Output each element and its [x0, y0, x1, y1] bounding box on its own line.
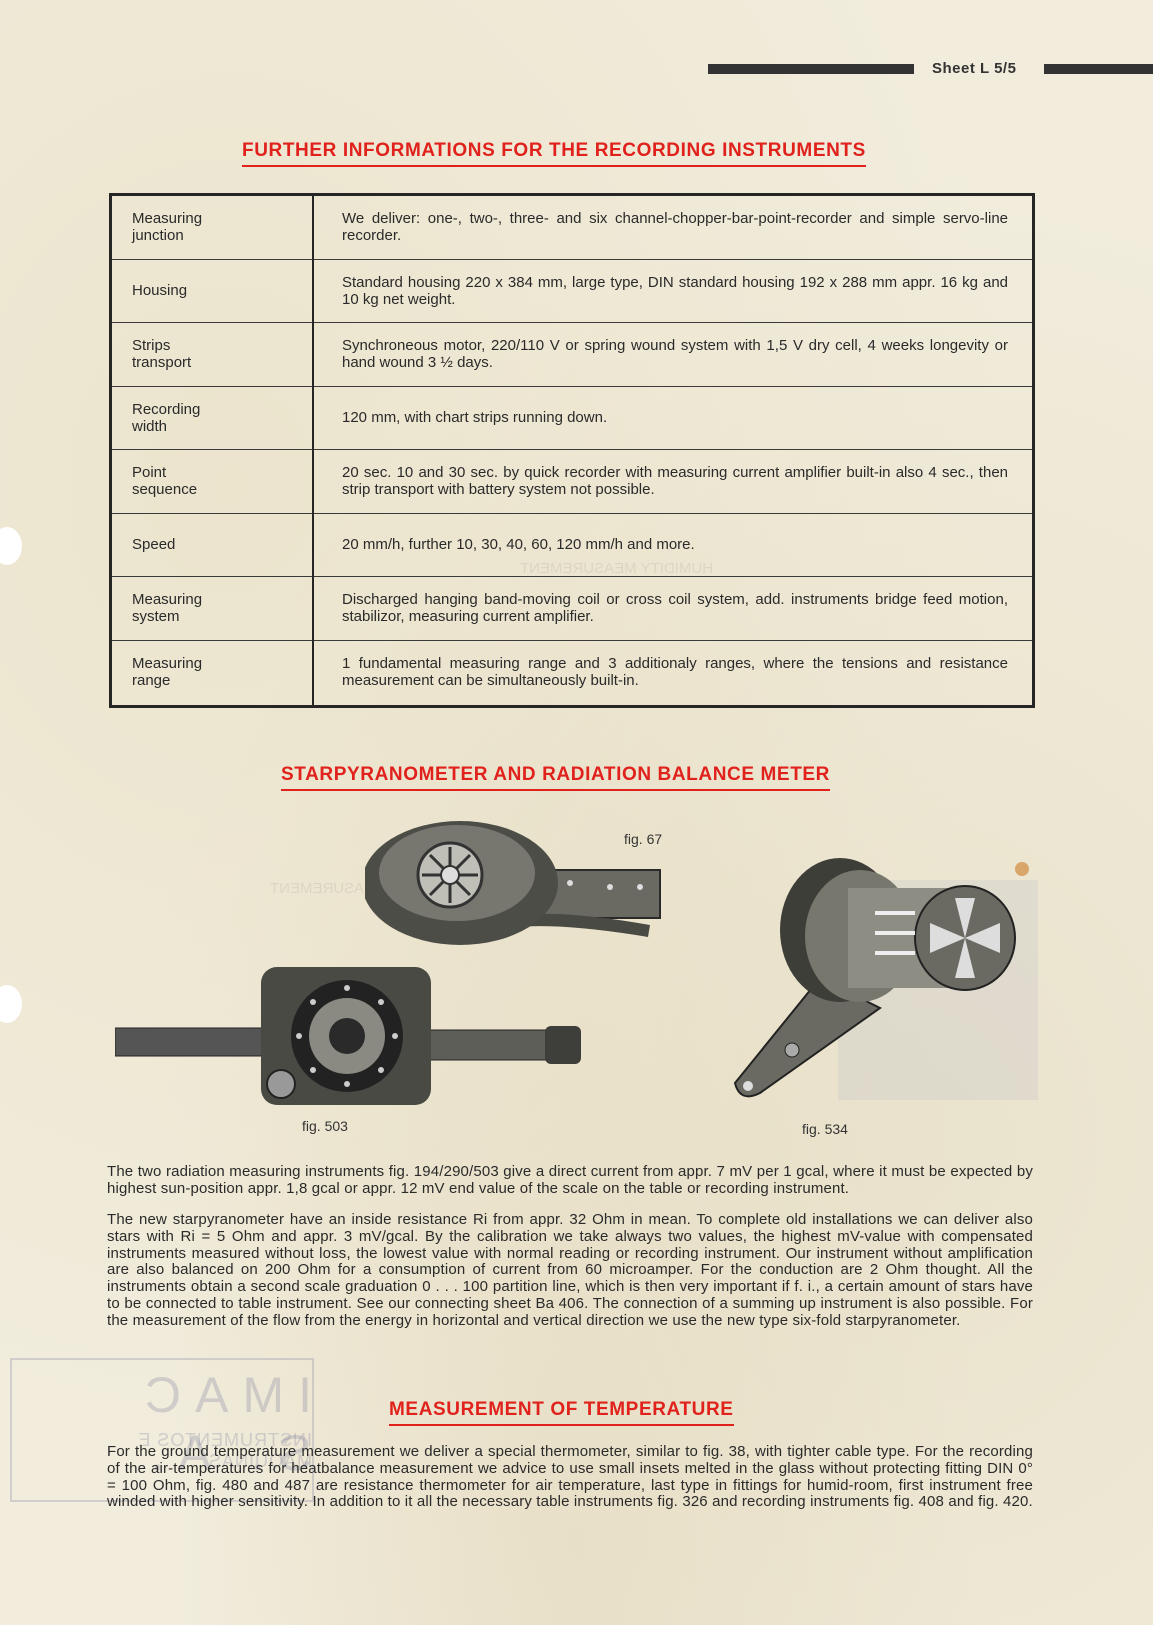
table-row-value: 120 mm, with chart strips running down.	[314, 387, 1032, 451]
table-row-value: 20 sec. 10 and 30 sec. by quick recorder…	[314, 450, 1032, 514]
sheet-number: Sheet L 5/5	[932, 60, 1016, 77]
figure-caption: fig. 67	[624, 831, 662, 847]
punch-hole	[0, 527, 22, 565]
table-row-label: Measuring junction	[112, 196, 312, 260]
table-row-label: Housing	[112, 260, 312, 324]
table-row-value: Discharged hanging band-moving coil or c…	[314, 577, 1032, 641]
table-row-label: Measuring range	[112, 641, 312, 705]
table-row-label: Point sequence	[112, 450, 312, 514]
table-value-column: We deliver: one-, two-, three- and six c…	[314, 196, 1032, 705]
radiation-instruments-paragraph: The two radiation measuring instruments …	[107, 1164, 1033, 1198]
table-row-value: We deliver: one-, two-, three- and six c…	[314, 196, 1032, 260]
radiation-balance-meter-photo	[700, 858, 1030, 1110]
section-heading-starpyranometer: STARPYRANOMETER AND RADIATION BALANCE ME…	[281, 764, 830, 791]
starpyranometer-paragraph: The new starpyranometer have an inside r…	[107, 1212, 1033, 1330]
specifications-table: Measuring junction Housing Strips transp…	[109, 193, 1035, 708]
header-rule-right	[1044, 64, 1153, 74]
table-row-value: 1 fundamental measuring range and 3 addi…	[314, 641, 1032, 705]
table-label-column: Measuring junction Housing Strips transp…	[112, 196, 314, 705]
section-heading-recording-instruments: FURTHER INFORMATIONS FOR THE RECORDING I…	[242, 140, 866, 167]
figure-caption: fig. 503	[302, 1118, 348, 1134]
table-row-label: Speed	[112, 514, 312, 578]
section-heading-temperature: MEASUREMENT OF TEMPERATURE	[389, 1399, 734, 1426]
figure-caption: fig. 534	[802, 1121, 848, 1137]
table-row-value: 20 mm/h, further 10, 30, 40, 60, 120 mm/…	[314, 514, 1032, 578]
punch-hole	[0, 985, 22, 1023]
radiation-instrument-square-photo	[115, 952, 585, 1107]
starpyranometer-dome-photo	[365, 815, 665, 945]
header-rule-left	[708, 64, 914, 74]
table-row-label: Strips transport	[112, 323, 312, 387]
table-row-value: Synchroneous motor, 220/110 V or spring …	[314, 323, 1032, 387]
temperature-paragraph: For the ground temperature measurement w…	[107, 1444, 1033, 1511]
table-row-value: Standard housing 220 x 384 mm, large typ…	[314, 260, 1032, 324]
table-row-label: Measuring system	[112, 577, 312, 641]
table-row-label: Recording width	[112, 387, 312, 451]
